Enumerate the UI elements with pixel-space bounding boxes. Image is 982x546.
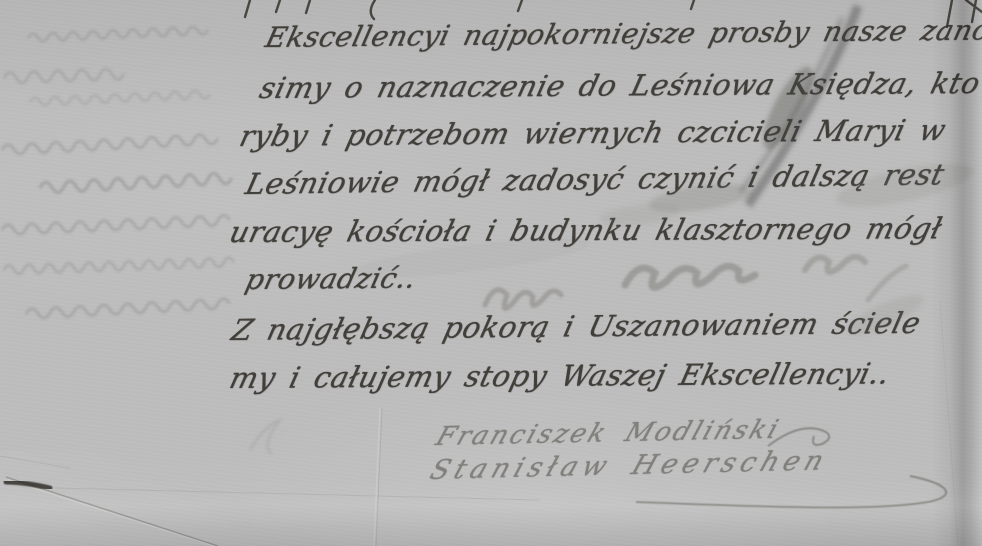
- ghost-line: [30, 90, 210, 106]
- ghost-line: [40, 172, 232, 193]
- ghost-line: [2, 134, 218, 155]
- bottom-fold-shade: [0, 474, 982, 546]
- signature-stanislaw: Stanisław Heerschen: [426, 445, 833, 486]
- handwritten-line-7: Z najgłębszą pokorą i Uszanowaniem ściel…: [228, 305, 924, 348]
- scanned-manuscript-page: Ekscellencyi najpokorniejsze prosby nasz…: [0, 0, 982, 546]
- ghost-line: [26, 298, 230, 319]
- pencil-annotation-scribble: [485, 257, 906, 309]
- handwritten-line-2: simy o naznaczenie do Leśniowa Księdza, …: [256, 65, 982, 106]
- ghost-line: [4, 68, 124, 83]
- ghost-line: [28, 26, 208, 42]
- ghost-line: [4, 257, 234, 274]
- handwritten-line-5: uracyę kościoła i budynku klasztornego m…: [226, 210, 946, 250]
- handwritten-line-6: prowadzić..: [242, 261, 420, 297]
- handwritten-line-3: ryby i potrzebom wiernych czcicieli Mary…: [236, 112, 950, 154]
- signature-franciszek: Franciszek Modliński: [432, 415, 785, 452]
- ink-mark-bottom-left: [6, 482, 50, 488]
- fold-highlight: [0, 451, 430, 546]
- ghost-line: [2, 215, 230, 235]
- handwritten-line-8: my i całujemy stopy Waszej Ekscellencyi.…: [226, 355, 894, 396]
- handwritten-line-4: Leśniowie mógł zadosyć czynić i dalszą r…: [242, 156, 948, 202]
- ghost-mark: [250, 420, 280, 454]
- handwritten-line-1: Ekscellencyi najpokorniejsze prosby nasz…: [262, 12, 982, 55]
